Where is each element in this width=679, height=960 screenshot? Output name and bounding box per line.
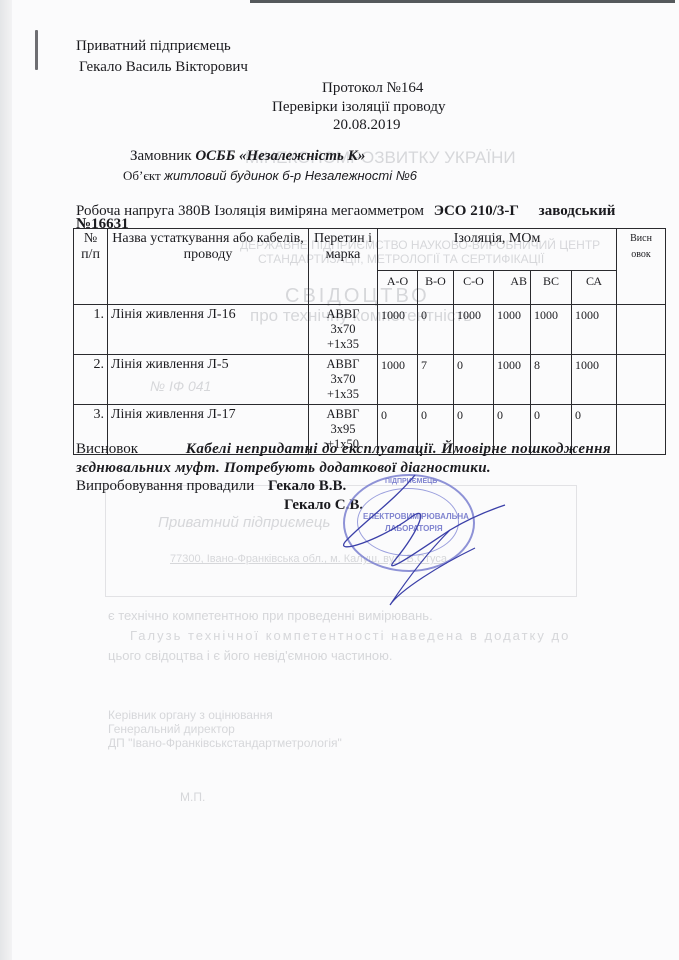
- mark-line: АВВГ: [312, 407, 374, 422]
- object-line: Об’єкт житловий будинок б-р Незалежності…: [123, 168, 417, 184]
- row-insulation-value: 8: [531, 355, 572, 405]
- row-insulation-value: 1000: [378, 305, 418, 355]
- serial-label: заводський: [539, 203, 616, 219]
- issuer-line-1: Приватний підприємець: [76, 38, 231, 55]
- row-name: Лінія живлення Л-16: [108, 305, 309, 355]
- row-insulation-value: 1000: [494, 355, 531, 405]
- customer-line: Замовник ОСББ «Незалежність К»: [130, 148, 365, 165]
- device-model: ЭСО 210/3-Г: [434, 203, 519, 219]
- header-section: Перетин і марка: [309, 229, 378, 305]
- row-insulation-value: 1000: [531, 305, 572, 355]
- row-conclusion: [617, 405, 666, 455]
- header-conclusion: Висн овок: [617, 229, 666, 305]
- bleed-line: М.П.: [180, 790, 205, 804]
- header-num: № п/п: [74, 229, 108, 305]
- object-value: житловий будинок б-р Незалежності №6: [164, 168, 417, 183]
- object-label: Об’єкт: [123, 168, 161, 183]
- row-mark: АВВГ3х70+1х35: [309, 305, 378, 355]
- row-number: 2.: [74, 355, 108, 405]
- bleed-line: Галузь технічної компетентності наведена…: [130, 628, 570, 643]
- mark-line: 3х70: [312, 322, 374, 337]
- table-row: 2.Лінія живлення Л-5АВВГ3х70+1х351000701…: [74, 355, 666, 405]
- conclusion-text-1: Кабелі непридатні до експлуатації. Ймові…: [186, 441, 611, 457]
- mark-line: +1х35: [312, 387, 374, 402]
- bleed-line: цього свідоцтва і є його невід'ємною час…: [108, 648, 393, 663]
- conclusion-line-1: Висновок Кабелі непридатні до експлуатац…: [76, 441, 611, 458]
- row-number: 1.: [74, 305, 108, 355]
- header-phase-ab: АВ: [494, 271, 531, 305]
- mark-line: 3х95: [312, 422, 374, 437]
- header-name: Назва устаткування або кабелів, проводу: [108, 229, 309, 305]
- header-insulation: Ізоляція, МОм: [378, 229, 617, 271]
- row-insulation-value: 0: [418, 305, 454, 355]
- header-phase-ca: СА: [572, 271, 617, 305]
- scan-edge-top: [250, 0, 675, 3]
- table-row: 1.Лінія живлення Л-16АВВГ3х70+1х35100001…: [74, 305, 666, 355]
- header-phase-a-o: А-О: [378, 271, 418, 305]
- bleed-line: ДП "Івано-Франківськстандартметрологія": [108, 736, 342, 750]
- header-phase-c-o: С-О: [454, 271, 494, 305]
- conclusion-label: Висновок: [76, 441, 138, 457]
- bleed-line: Генеральний директор: [108, 722, 235, 736]
- row-conclusion: [617, 305, 666, 355]
- signature-icon: [300, 470, 520, 620]
- testers-label: Випробовування провадили: [76, 478, 254, 494]
- mark-line: +1х35: [312, 337, 374, 352]
- row-mark: АВВГ3х70+1х35: [309, 355, 378, 405]
- protocol-subject: Перевірки ізоляції проводу: [272, 99, 445, 116]
- row-insulation-value: 1000: [378, 355, 418, 405]
- customer-value: ОСББ «Незалежність К»: [195, 148, 365, 164]
- row-insulation-value: 1000: [494, 305, 531, 355]
- mark-line: 3х70: [312, 372, 374, 387]
- header-phase-bc: ВС: [531, 271, 572, 305]
- scan-edge-left: [0, 0, 12, 960]
- bleed-line: Керівник органу з оцінювання: [108, 708, 273, 722]
- row-conclusion: [617, 355, 666, 405]
- staple-mark: [35, 30, 38, 70]
- row-insulation-value: 1000: [572, 355, 617, 405]
- issuer-line-2: Гекало Василь Вікторович: [79, 59, 248, 76]
- row-name: Лінія живлення Л-5: [108, 355, 309, 405]
- row-insulation-value: 1000: [572, 305, 617, 355]
- mark-line: АВВГ: [312, 357, 374, 372]
- header-phase-b-o: В-О: [418, 271, 454, 305]
- measurement-line: Робоча напруга 380В Ізоляція виміряна ме…: [76, 203, 615, 220]
- row-insulation-value: 1000: [454, 305, 494, 355]
- row-insulation-value: 0: [454, 355, 494, 405]
- customer-label: Замовник: [130, 148, 192, 164]
- row-insulation-value: 7: [418, 355, 454, 405]
- protocol-date: 20.08.2019: [333, 117, 401, 134]
- protocol-number: Протокол №164: [322, 80, 423, 97]
- insulation-table: № п/п Назва устаткування або кабелів, пр…: [73, 228, 666, 455]
- mark-line: АВВГ: [312, 307, 374, 322]
